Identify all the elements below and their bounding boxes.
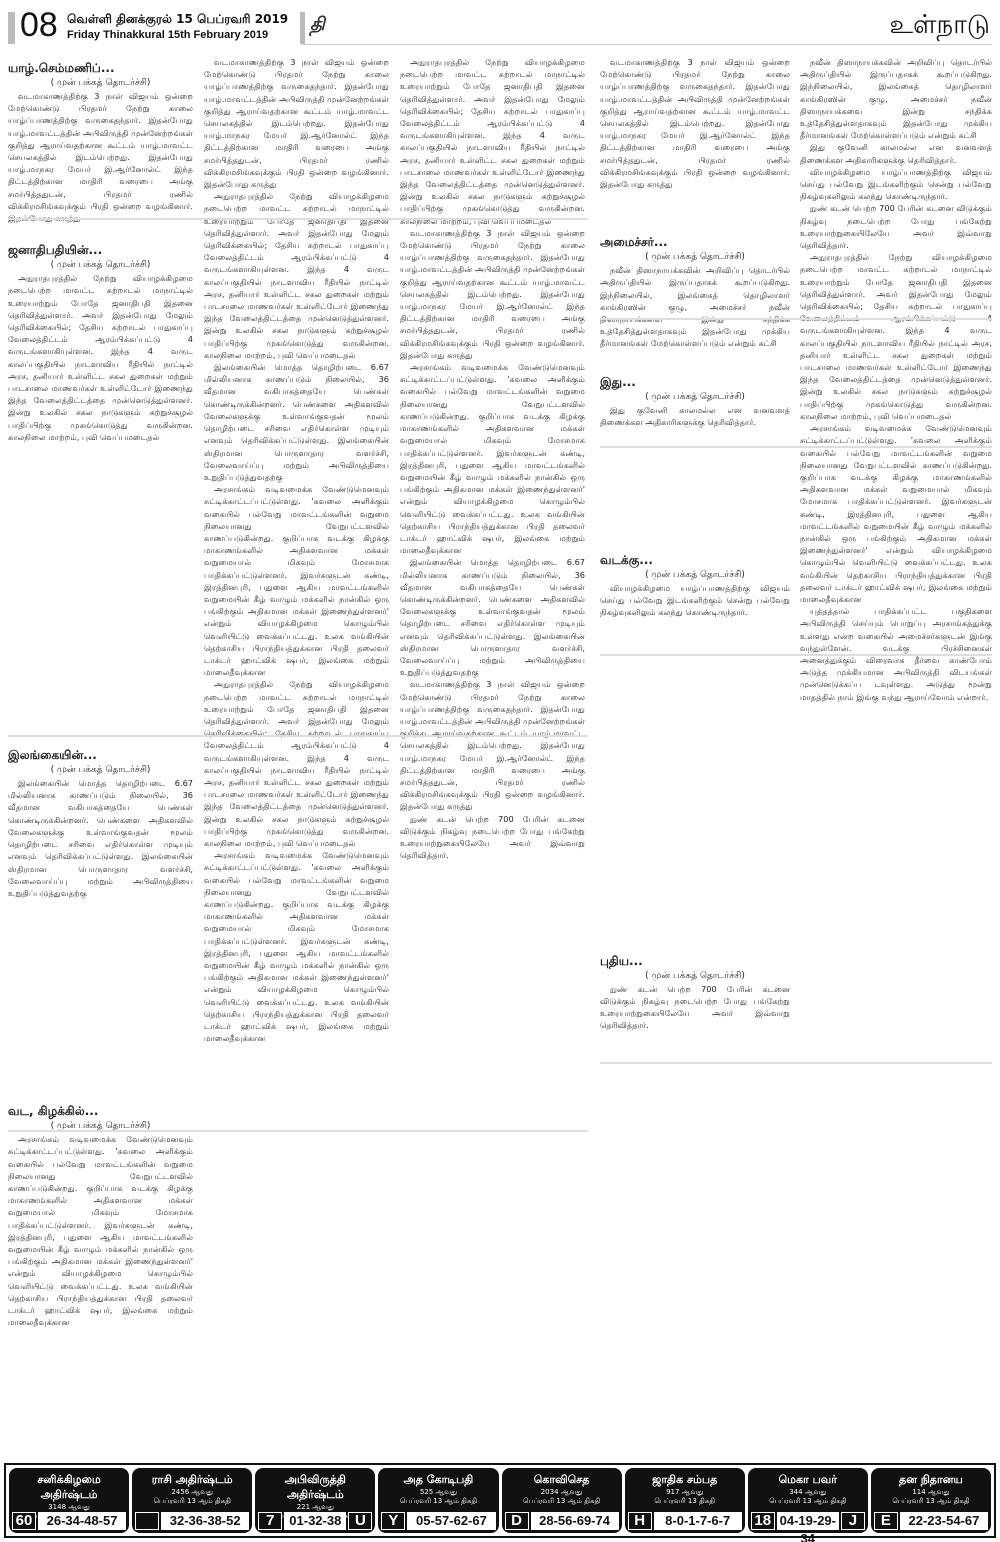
continued-label: ( முன் பக்கத் தொடர்ச்சி) [600, 390, 790, 404]
story-body: அரசாங்கம் வடிவமைக்க வேண்டுமெனவும் சுட்டி… [8, 1133, 193, 1328]
divider [600, 1062, 992, 1064]
story-body: வியாழக்கிழமை யாழ்ப்பாணத்திற்கு விஜயம் செ… [800, 166, 992, 203]
lottery-draw: 3148 ஆவது [12, 1503, 126, 1512]
lottery-letter: 18 [751, 1512, 775, 1530]
lottery-box: மெகா பவர் 344 ஆவது பெப்ரவரி 13 ஆம் திகதி… [748, 1468, 868, 1533]
story-body: வடமாகாணத்திற்கு 3 நாள் விஜயம் ஒன்றை மேற்… [400, 678, 585, 812]
lottery-box: சனிக்கிழமை அதிர்ஷ்டம் 3148 ஆவது பெப்ரவரி… [9, 1468, 129, 1533]
column-1: யாழ்.செம்மணிப்... ( முன் பக்கத் தொடர்ச்ச… [8, 56, 193, 1378]
story-body: வடமாகாணத்திற்கு 3 நாள் விஜயம் ஒன்றை மேற்… [204, 56, 389, 190]
divider [600, 318, 992, 320]
lottery-box: கொவிசெத 2034 ஆவது பெப்ரவரி 13 ஆம் திகதி … [502, 1468, 622, 1533]
header-title-english: Friday Thinakkural 15th February 2019 [67, 29, 268, 41]
lottery-box: ஜாதிக சம்பத 917 ஆவது பெப்ரவரி 13 திகதி H… [625, 1468, 745, 1533]
story-body: நுண் கடன் பெற்ற 700 பேரின் கடனை விடுக்கு… [600, 983, 790, 1032]
story-body: நவீன் திஸாநாயக்கவின் அறிவிப்பு தொடர்பில்… [600, 264, 790, 349]
lottery-name: தன நிதானய [874, 1473, 988, 1488]
logo-bar [300, 12, 305, 44]
continued-label: ( முன் பக்கத் தொடர்ச்சி) [600, 969, 790, 983]
lottery-numbers: 22-23-54-67 [900, 1512, 988, 1530]
column-2: வடமாகாணத்திற்கு 3 நாள் விஜயம் ஒன்றை மேற்… [204, 56, 389, 1378]
lottery-date: பெப்ரவரி 13 ஆம் திகதி [874, 1497, 988, 1506]
story-body: அரசாங்கம் வடிவமைக்க வேண்டுமெனவும் சுட்டி… [400, 361, 585, 556]
story-body: நுண் கடன் பெற்ற 700 பேரின் கடனை விடுக்கு… [800, 202, 992, 251]
lottery-draw: 917 ஆவது [628, 1488, 742, 1497]
lottery-date: பெப்ரவரி 13 திகதி [628, 1497, 742, 1506]
lottery-date: பெப்ரவரி 13 ஆம் திகதி [381, 1497, 495, 1506]
story-body: வியாழக்கிழமை யாழ்ப்பாணத்திற்கு விஜயம் செ… [600, 582, 790, 619]
lottery-name: அத கோடிபதி [381, 1473, 495, 1488]
lottery-extra-letter: J [841, 1512, 865, 1530]
story-body: வடமாகாணத்திற்கு 3 நாள் விஜயம் ஒன்றை மேற்… [600, 56, 790, 190]
lottery-date: பெப்ரவரி 13 ஆம் திகதி [505, 1497, 619, 1506]
lottery-name: ராசி அதிர்ஷ்டம் [135, 1473, 249, 1488]
lottery-draw: 525 ஆவது [381, 1488, 495, 1497]
story-title: யாழ்.செம்மணிப்... [8, 60, 193, 76]
lottery-numbers: 32-36-38-52 [161, 1512, 249, 1530]
story-title: இது... [600, 374, 790, 390]
story-body: அநுராதபுரத்தில் நேற்று வியாழக்கிழமை நடைப… [204, 190, 389, 361]
page-header: 08 வெள்ளி தினக்குரல் 15 பெப்ரவரி 2019 Fr… [0, 0, 1000, 50]
lottery-draw: 114 ஆவது [874, 1488, 988, 1497]
continued-label: ( முன் பக்கத் தொடர்ச்சி) [8, 76, 193, 90]
lottery-numbers: 04-19-29-34 [777, 1512, 839, 1530]
column-5: நவீன் திஸாநாயக்கவின் அறிவிப்பு தொடர்பில்… [800, 56, 992, 1536]
newspaper-logo-icon: தி [310, 14, 325, 37]
lottery-letter: Y [381, 1512, 405, 1530]
continued-label: ( முன் பக்கத் தொடர்ச்சி) [8, 258, 193, 272]
story-title: அமைச்சர்... [600, 234, 790, 250]
continued-label: ( முன் பக்கத் தொடர்ச்சி) [600, 250, 790, 264]
lottery-numbers: 05-57-62-67 [407, 1512, 495, 1530]
lottery-numbers: 26-34-48-57 [38, 1512, 126, 1530]
page-number: 08 [20, 6, 58, 45]
story-body: இது குவேனி காலமல்ல என வனவளத் திணைக்கள அத… [600, 404, 790, 428]
lottery-box: அபிவிருத்தி அதிர்ஷ்டம் 221 ஆவது பெப்ரவரி… [255, 1468, 375, 1533]
page-number-bar [8, 12, 15, 44]
lottery-box: தன நிதானய 114 ஆவது பெப்ரவரி 13 ஆம் திகதி… [871, 1468, 991, 1533]
lottery-numbers: 01-32-38 [284, 1512, 346, 1530]
story-body: அநுராதபுரத்தில் நேற்று வியாழக்கிழமை நடைப… [400, 56, 585, 227]
continued-label: ( முன் பக்கத் தொடர்ச்சி) [600, 568, 790, 582]
story-body: அநுராதபுரத்தில் நேற்று வியாழக்கிழமை நடைப… [800, 251, 992, 422]
story-body: வடமாகாணத்திற்கு 3 நாள் விஜயம் ஒன்றை மேற்… [400, 227, 585, 361]
story-title: இலங்கையின்... [8, 747, 193, 763]
story-body: இலங்கையின் மொத்த தொழிற்படை 6.67 மில்லியன… [204, 361, 389, 483]
lottery-box: ராசி அதிர்ஷ்டம் 2456 ஆவது பெப்ரவரி 13 ஆம… [132, 1468, 252, 1533]
story-body: அநுராதபுரத்தில் நேற்று வியாழக்கிழமை நடைப… [8, 272, 193, 443]
story-body: வடமாகாணத்திற்கு 3 நாள் விஜயம் ஒன்றை மேற்… [8, 90, 193, 224]
story-body: நவீன் திஸாநாயக்கவின் அறிவிப்பு தொடர்பில்… [800, 56, 992, 141]
divider [8, 218, 588, 220]
story-body: அரசாங்கம் வடிவமைக்க வேண்டுமெனவும் சுட்டி… [204, 849, 389, 1044]
section-label: உள்நாடு [889, 10, 990, 43]
lottery-numbers: 28-56-69-74 [531, 1512, 619, 1530]
lottery-name: கொவிசெத [505, 1473, 619, 1488]
column-4: வடமாகாணத்திற்கு 3 நாள் விஜயம் ஒன்றை மேற்… [600, 56, 790, 1456]
story-body: இலங்கையின் மொத்த தொழிற்படை 6.67 மில்லியன… [400, 556, 585, 678]
lottery-date: பெப்ரவரி 13 ஆம் திகதி [751, 1497, 865, 1506]
lottery-letter: H [628, 1512, 652, 1530]
lottery-draw: 2034 ஆவது [505, 1488, 619, 1497]
lottery-name: அபிவிருத்தி அதிர்ஷ்டம் [258, 1473, 372, 1503]
story-title: புதிய... [600, 953, 790, 969]
divider [8, 1130, 588, 1132]
story-body: நுண் கடன் பெற்ற 700 பேரின் கடனை விடுக்கு… [400, 813, 585, 862]
lottery-draw: 221 ஆவது [258, 1503, 372, 1512]
lottery-name: சனிக்கிழமை அதிர்ஷ்டம் [12, 1473, 126, 1503]
lottery-draw: 344 ஆவது [751, 1488, 865, 1497]
story-title: வடக்கு... [600, 552, 790, 568]
story-body: அரசாங்கம் வடிவமைக்க வேண்டுமெனவும் சுட்டி… [204, 483, 389, 678]
lottery-letter: D [505, 1512, 529, 1530]
story-title: வட, கிழக்கில்... [8, 1103, 193, 1119]
lottery-numbers: 8-0-1-7-6-7 [654, 1512, 742, 1530]
story-title: ஜனாதிபதியின்... [8, 242, 193, 258]
story-body: இது குவேனி காலமல்ல என வனவளத் திணைக்கள அத… [800, 141, 992, 165]
lottery-name: ஜாதிக சம்பத [628, 1473, 742, 1488]
header-rule [302, 44, 992, 45]
lottery-letter: 60 [12, 1512, 36, 1530]
column-3: அநுராதபுரத்தில் நேற்று வியாழக்கிழமை நடைப… [400, 56, 585, 1378]
story-body: அரசாங்கம் வடிவமைக்க வேண்டுமெனவும் சுட்டி… [800, 422, 992, 605]
divider [600, 654, 992, 656]
continued-label: ( முன் பக்கத் தொடர்ச்சி) [8, 763, 193, 777]
header-title-tamil: வெள்ளி தினக்குரல் 15 பெப்ரவரி 2019 [67, 12, 288, 28]
story-body: இலங்கையின் மொத்த தொழிற்படை 6.67 மில்லியன… [8, 777, 193, 899]
lottery-letter [135, 1512, 159, 1530]
story-body: அநுராதபுரத்தில் நேற்று வியாழக்கிழமை நடைப… [204, 678, 389, 849]
divider [8, 735, 588, 737]
lottery-draw: 2456 ஆவது [135, 1488, 249, 1497]
lottery-box: அத கோடிபதி 525 ஆவது பெப்ரவரி 13 ஆம் திகத… [378, 1468, 498, 1533]
lottery-extra-letter: U [348, 1512, 372, 1530]
lottery-letter: E [874, 1512, 898, 1530]
lottery-letter: 7 [258, 1512, 282, 1530]
lottery-results: சனிக்கிழமை அதிர்ஷ்டம் 3148 ஆவது பெப்ரவரி… [4, 1463, 996, 1538]
divider [600, 446, 992, 448]
lottery-date: பெப்ரவரி 13 ஆம் திகதி [135, 1497, 249, 1506]
lottery-name: மெகா பவர் [751, 1473, 865, 1488]
